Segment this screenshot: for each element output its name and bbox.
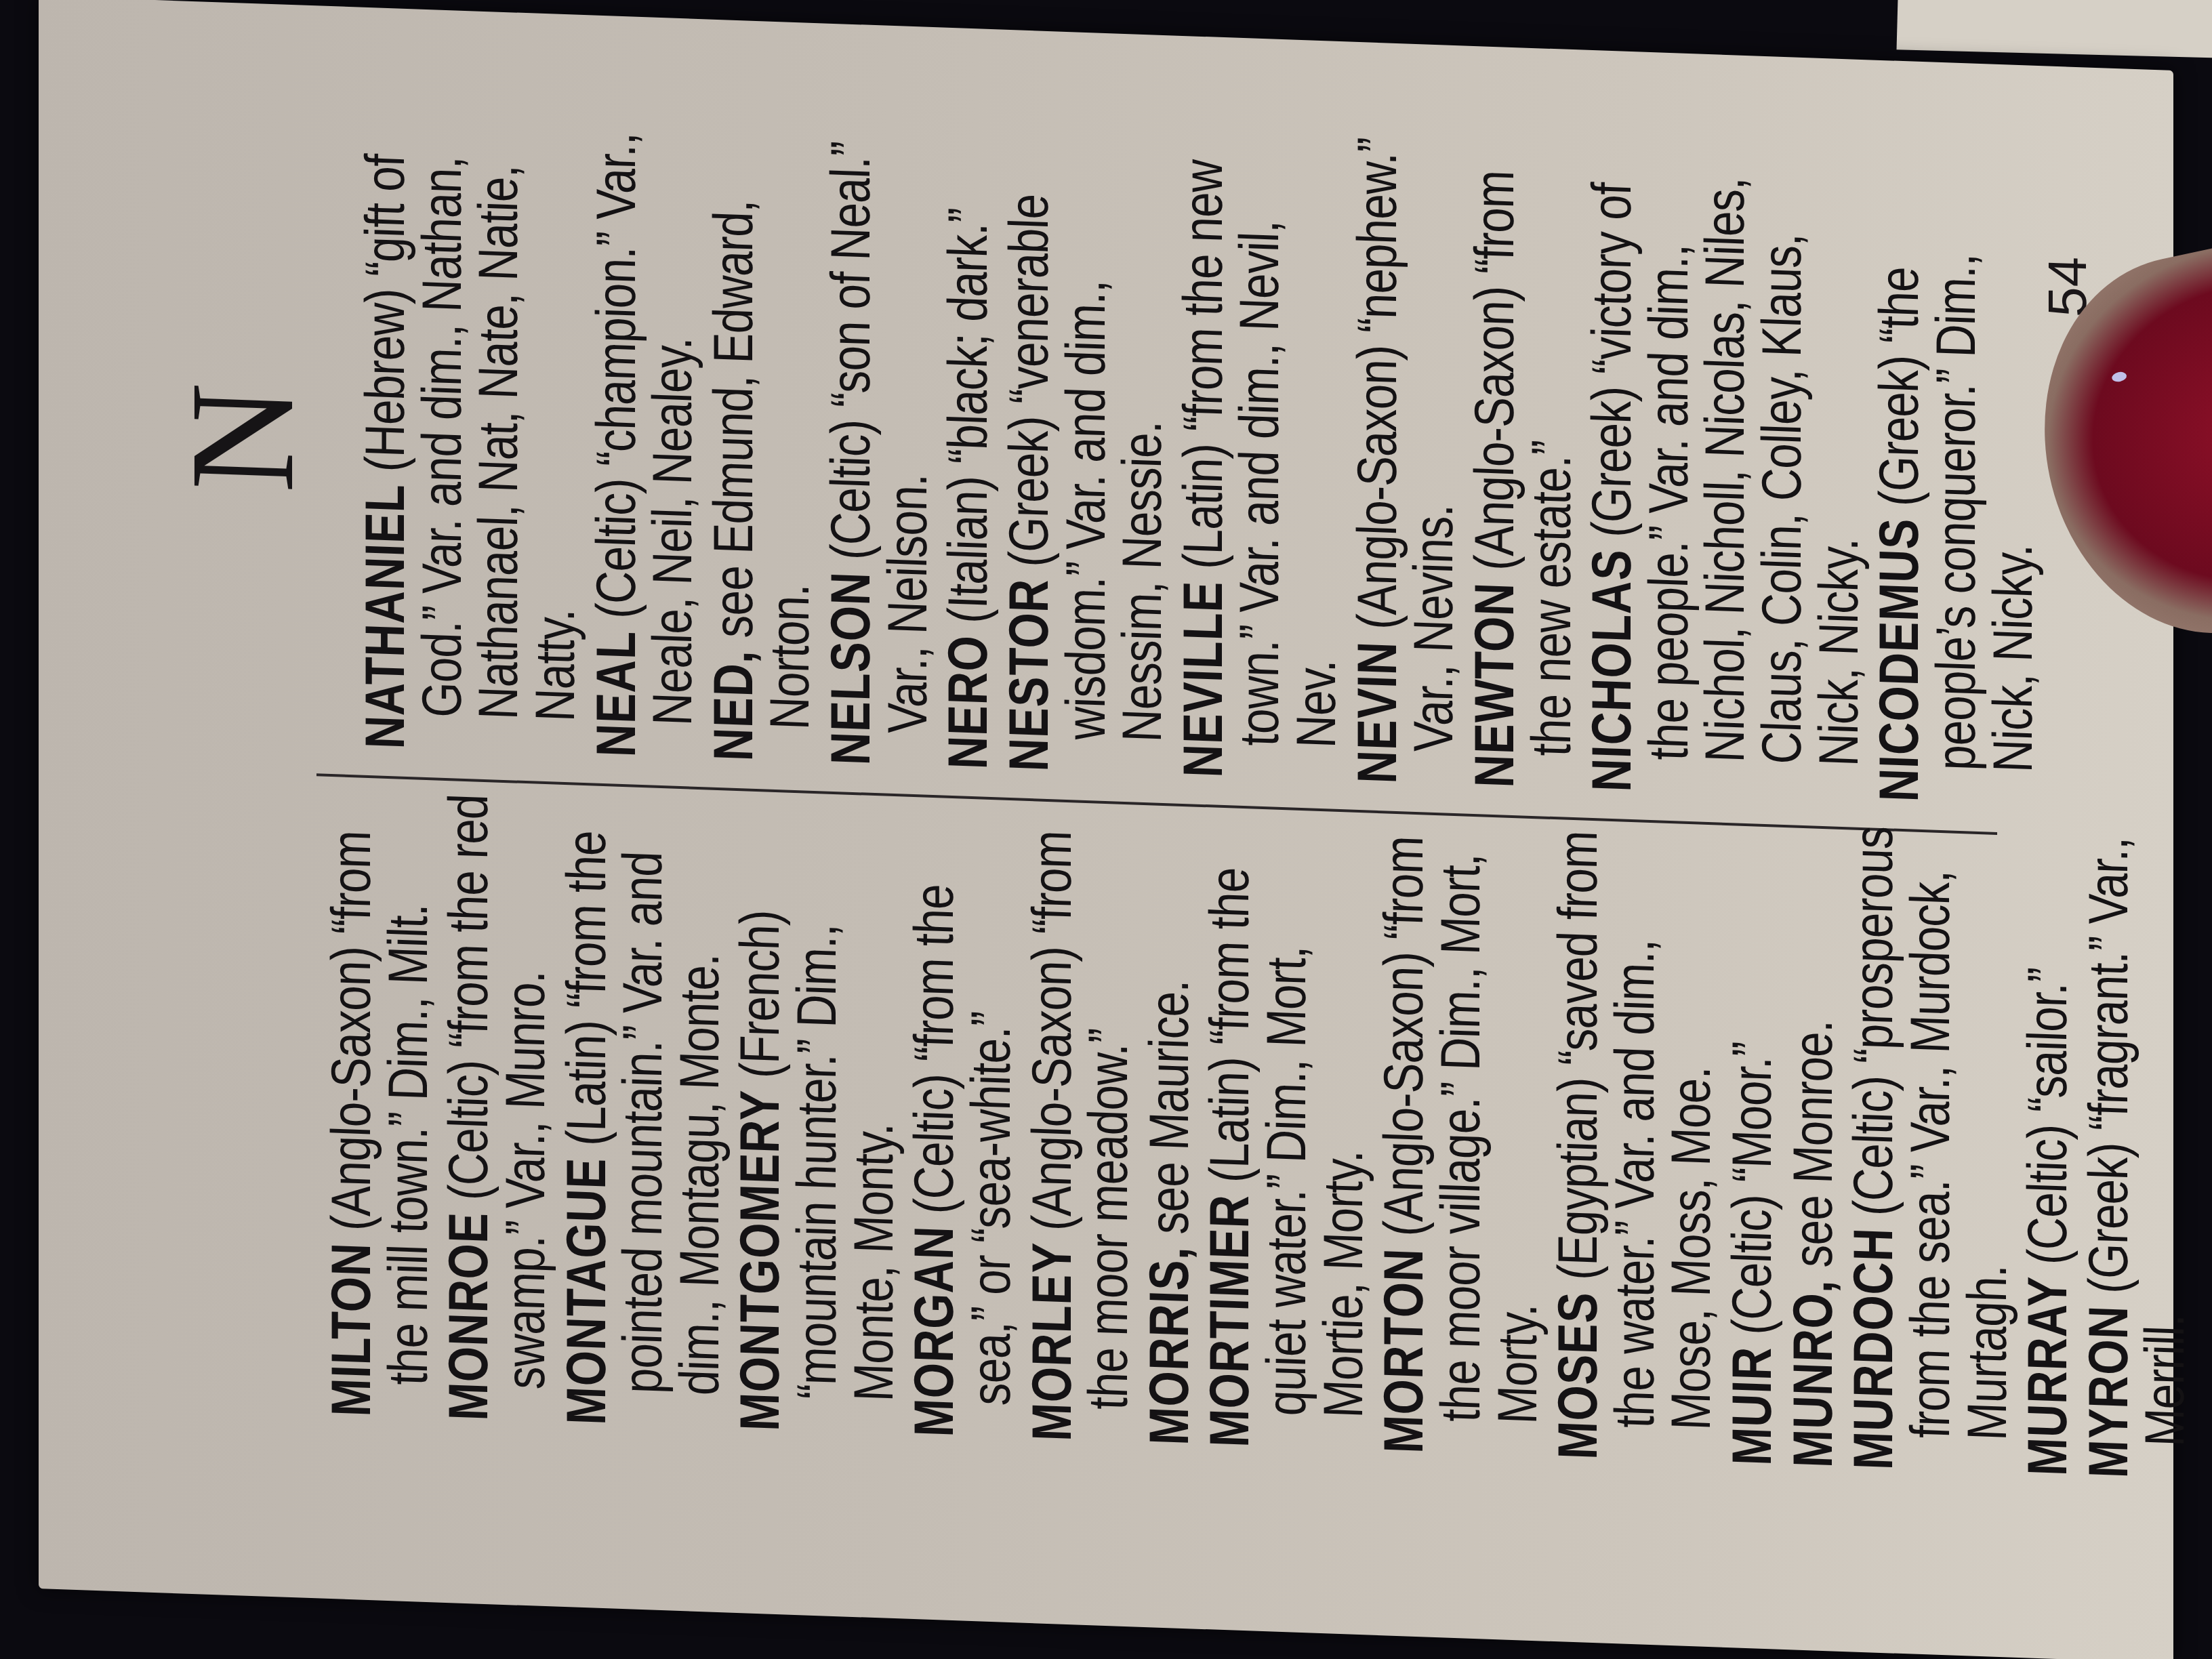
- entry-name: MYRON: [2078, 1305, 2139, 1479]
- name-entry: NERO (Italian) “black; dark.”: [940, 123, 997, 770]
- entry-name: MONROE: [438, 1211, 499, 1422]
- entry-name: MORGAN: [903, 1225, 965, 1437]
- name-entry: MYRON (Greek) “fragrant.” Var., Merrill.: [2081, 832, 2194, 1481]
- entry-name: MUIR: [1721, 1346, 1783, 1467]
- entry-name: NICHOLAS: [1581, 548, 1643, 793]
- name-entry: MILTON (Anglo-Saxon) “from the mill town…: [323, 770, 436, 1419]
- name-entry: NEVIN (Anglo-Saxon) “nephew.” Var., Nevi…: [1349, 137, 1462, 786]
- entry-name: MORLEY: [1021, 1242, 1083, 1442]
- entry-name: MILTON: [321, 1242, 382, 1418]
- entry-name: MONTAGUE: [556, 1157, 617, 1426]
- name-entry: MORTON (Anglo-Saxon) “from the moor vill…: [1376, 806, 1546, 1458]
- entry-name: NEWTON: [1464, 581, 1525, 789]
- name-entry: MURDOCH (Celtic) “prosperous from the se…: [1845, 823, 2015, 1475]
- entry-name: MUNRO,: [1782, 1278, 1844, 1469]
- entry-name: MURDOCH: [1843, 1227, 1904, 1471]
- adjacent-page-edge: [1897, 0, 2212, 59]
- name-entry: NEWTON (Anglo-Saxon) “from the new estat…: [1467, 141, 1580, 790]
- name-entry: MONTGOMERY (French) “mountain hunter.” D…: [732, 784, 902, 1435]
- entry-name: NED,: [703, 649, 764, 762]
- name-entry: NESTOR (Greek) “venerable wisdom.” Var. …: [1001, 125, 1171, 776]
- entry-name: MORTIMER: [1199, 1193, 1261, 1448]
- name-entry: MORLEY (Anglo-Saxon) “from the moor mead…: [1024, 794, 1137, 1443]
- name-entry: NICHOLAS (Greek) “victory of the people.…: [1584, 145, 1867, 800]
- entry-name: MORTON: [1373, 1247, 1435, 1454]
- name-entry: NELSON (Celtic) “son of Neal.” Var., Nei…: [823, 119, 936, 768]
- name-entry: MUIR (Celtic) “Moor.”: [1724, 819, 1781, 1466]
- name-entry: MORTIMER (Latin) “from the quiet water.”…: [1202, 800, 1372, 1452]
- entry-name: NEVILLE: [1172, 580, 1234, 779]
- page-body: MILTON (Anglo-Saxon) “from the mill town…: [323, 108, 2038, 1502]
- book-page: MILTON (Anglo-Saxon) “from the mill town…: [39, 0, 2173, 1659]
- entry-name: NELSON: [820, 571, 882, 766]
- entry-name: NESTOR: [998, 578, 1060, 773]
- left-column: MILTON (Anglo-Saxon) “from the mill town…: [323, 777, 2038, 1502]
- name-entry: MONTAGUE (Latin) “from the pointed mount…: [558, 778, 729, 1429]
- entry-name: MONTGOMERY: [729, 1089, 791, 1432]
- entry-text: see Maurice.: [1139, 979, 1200, 1247]
- right-column: N NATHANIEL (Hebrew) “gift of God.” Var.…: [323, 108, 2038, 834]
- name-entry: MONROE (Celtic) “from the red swamp.” Va…: [441, 774, 554, 1423]
- entry-text: (Celtic) “sailor.”: [2017, 967, 2078, 1277]
- name-entry: NED, see Edmund, Edward, Norton.: [705, 115, 819, 764]
- entry-name: NEAL: [586, 630, 647, 758]
- entry-text: see Monroe.: [1782, 1019, 1844, 1281]
- name-entry: NATHANIEL (Hebrew) “gift of God.” Var. a…: [357, 102, 584, 756]
- name-entry: MURRAY (Celtic) “sailor.”: [2020, 829, 2076, 1477]
- entry-name: NICODEMUS: [1868, 517, 1930, 802]
- name-entry: MUNRO, see Monroe.: [1785, 821, 1842, 1468]
- name-entry: MOSES (Egyptian) “saved from the water.”…: [1550, 813, 1720, 1464]
- entry-text: (Italian) “black; dark.”: [937, 207, 999, 636]
- name-entry: NEAL (Celtic) “champion.” Var., Neale, N…: [588, 110, 701, 760]
- entry-name: NERO: [937, 634, 999, 771]
- entry-text: (Celtic) “Moor.”: [1721, 1041, 1783, 1347]
- section-letter-heading: N: [167, 129, 316, 747]
- name-entry: NEVILLE (Latin) “from the new town.” Var…: [1175, 131, 1345, 782]
- entry-name: MOSES: [1547, 1291, 1609, 1460]
- entry-name: MURRAY: [2017, 1275, 2078, 1477]
- entry-name: MORRIS,: [1139, 1245, 1200, 1446]
- name-entry: MORGAN (Celtic) “from the sea,” or “sea-…: [906, 790, 1019, 1439]
- entry-name: NEVIN: [1347, 640, 1408, 785]
- name-entry: MORRIS, see Maurice.: [1141, 798, 1198, 1446]
- entry-name: NATHANIEL: [354, 483, 416, 750]
- name-entry: NICODEMUS (Greek) “the people’s conquero…: [1871, 155, 2041, 806]
